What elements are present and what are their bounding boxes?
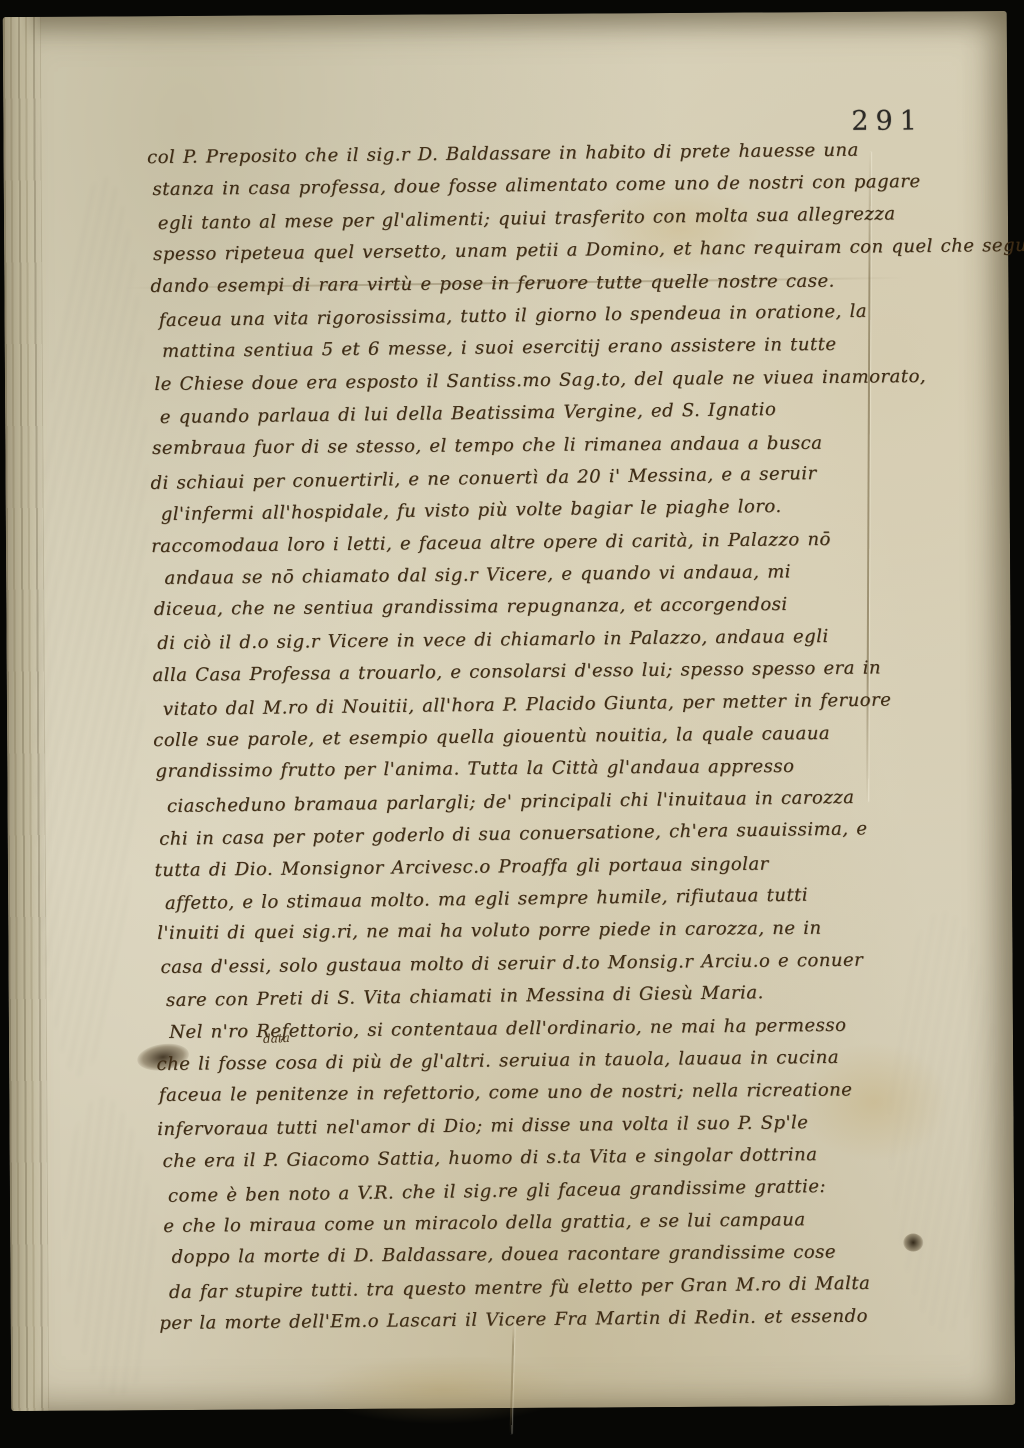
scanned-page-background: 291 col P. Preposito che il sig.r D. Bal… <box>0 0 1024 1448</box>
ink-showthrough <box>24 175 160 1078</box>
age-stain <box>311 1354 571 1426</box>
interlinear-insertion: data <box>263 1031 290 1046</box>
ink-showthrough <box>57 1094 164 1399</box>
manuscript-paper: 291 col P. Preposito che il sig.r D. Bal… <box>3 11 1015 1411</box>
manuscript-text: col P. Preposito che il sig.r D. Baldass… <box>147 133 1012 1340</box>
folio-page-number: 291 <box>851 105 924 136</box>
